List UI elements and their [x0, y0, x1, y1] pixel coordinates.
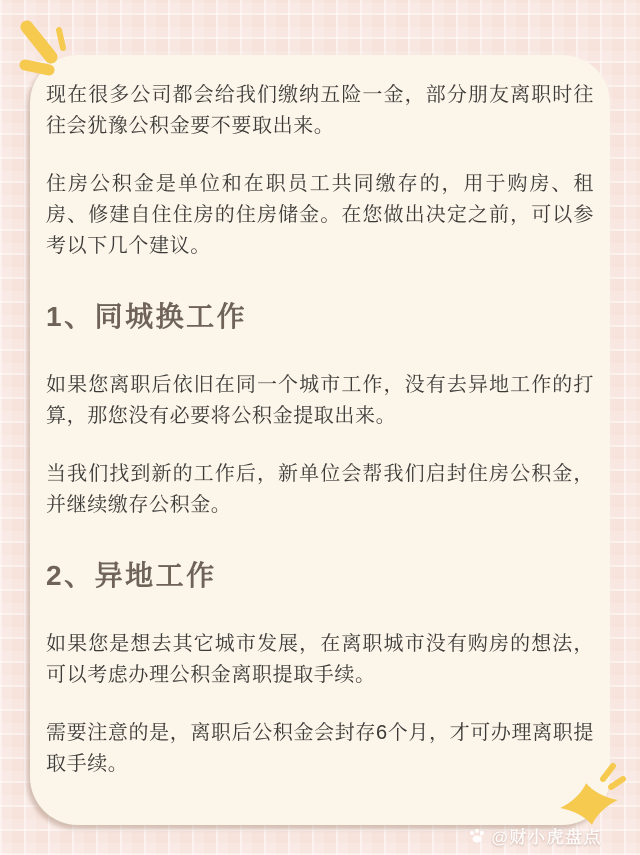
intro-paragraph: 现在很多公司都会给我们缴纳五险一金，部分朋友离职时往往会犹豫公积金要不要取出来。: [46, 80, 594, 142]
sparkle-dashes-icon: [18, 20, 76, 78]
section-heading-same-city: 1、同城换工作: [46, 300, 594, 334]
content-card: 现在很多公司都会给我们缴纳五险一金，部分朋友离职时往往会犹豫公积金要不要取出来。…: [30, 55, 610, 825]
watermark: @财小虎盘点: [468, 823, 602, 848]
post-background: 现在很多公司都会给我们缴纳五险一金，部分朋友离职时往往会犹豫公积金要不要取出来。…: [0, 0, 640, 855]
section-paragraph: 需要注意的是，离职后公积金会封存6个月，才可办理离职提取手续。: [46, 718, 594, 780]
watermark-handle: @财小虎盘点: [491, 823, 602, 848]
section-paragraph: 如果您离职后依旧在同一个城市工作，没有去异地工作的打算，那您没有必要将公积金提取…: [46, 370, 594, 432]
star-sparkle-icon: [553, 756, 631, 831]
section-paragraph: 如果您是想去其它城市发展，在离职城市没有购房的想法，可以考虑办理公积金离职提取手…: [46, 629, 594, 691]
paw-icon: [468, 827, 486, 845]
intro-paragraph: 住房公积金是单位和在职员工共同缴存的，用于购房、租房、修建自住住房的住房储金。在…: [46, 169, 594, 262]
section-heading-other-city: 2、异地工作: [46, 559, 594, 593]
section-paragraph: 当我们找到新的工作后，新单位会帮我们启封住房公积金，并继续缴存公积金。: [46, 459, 594, 521]
